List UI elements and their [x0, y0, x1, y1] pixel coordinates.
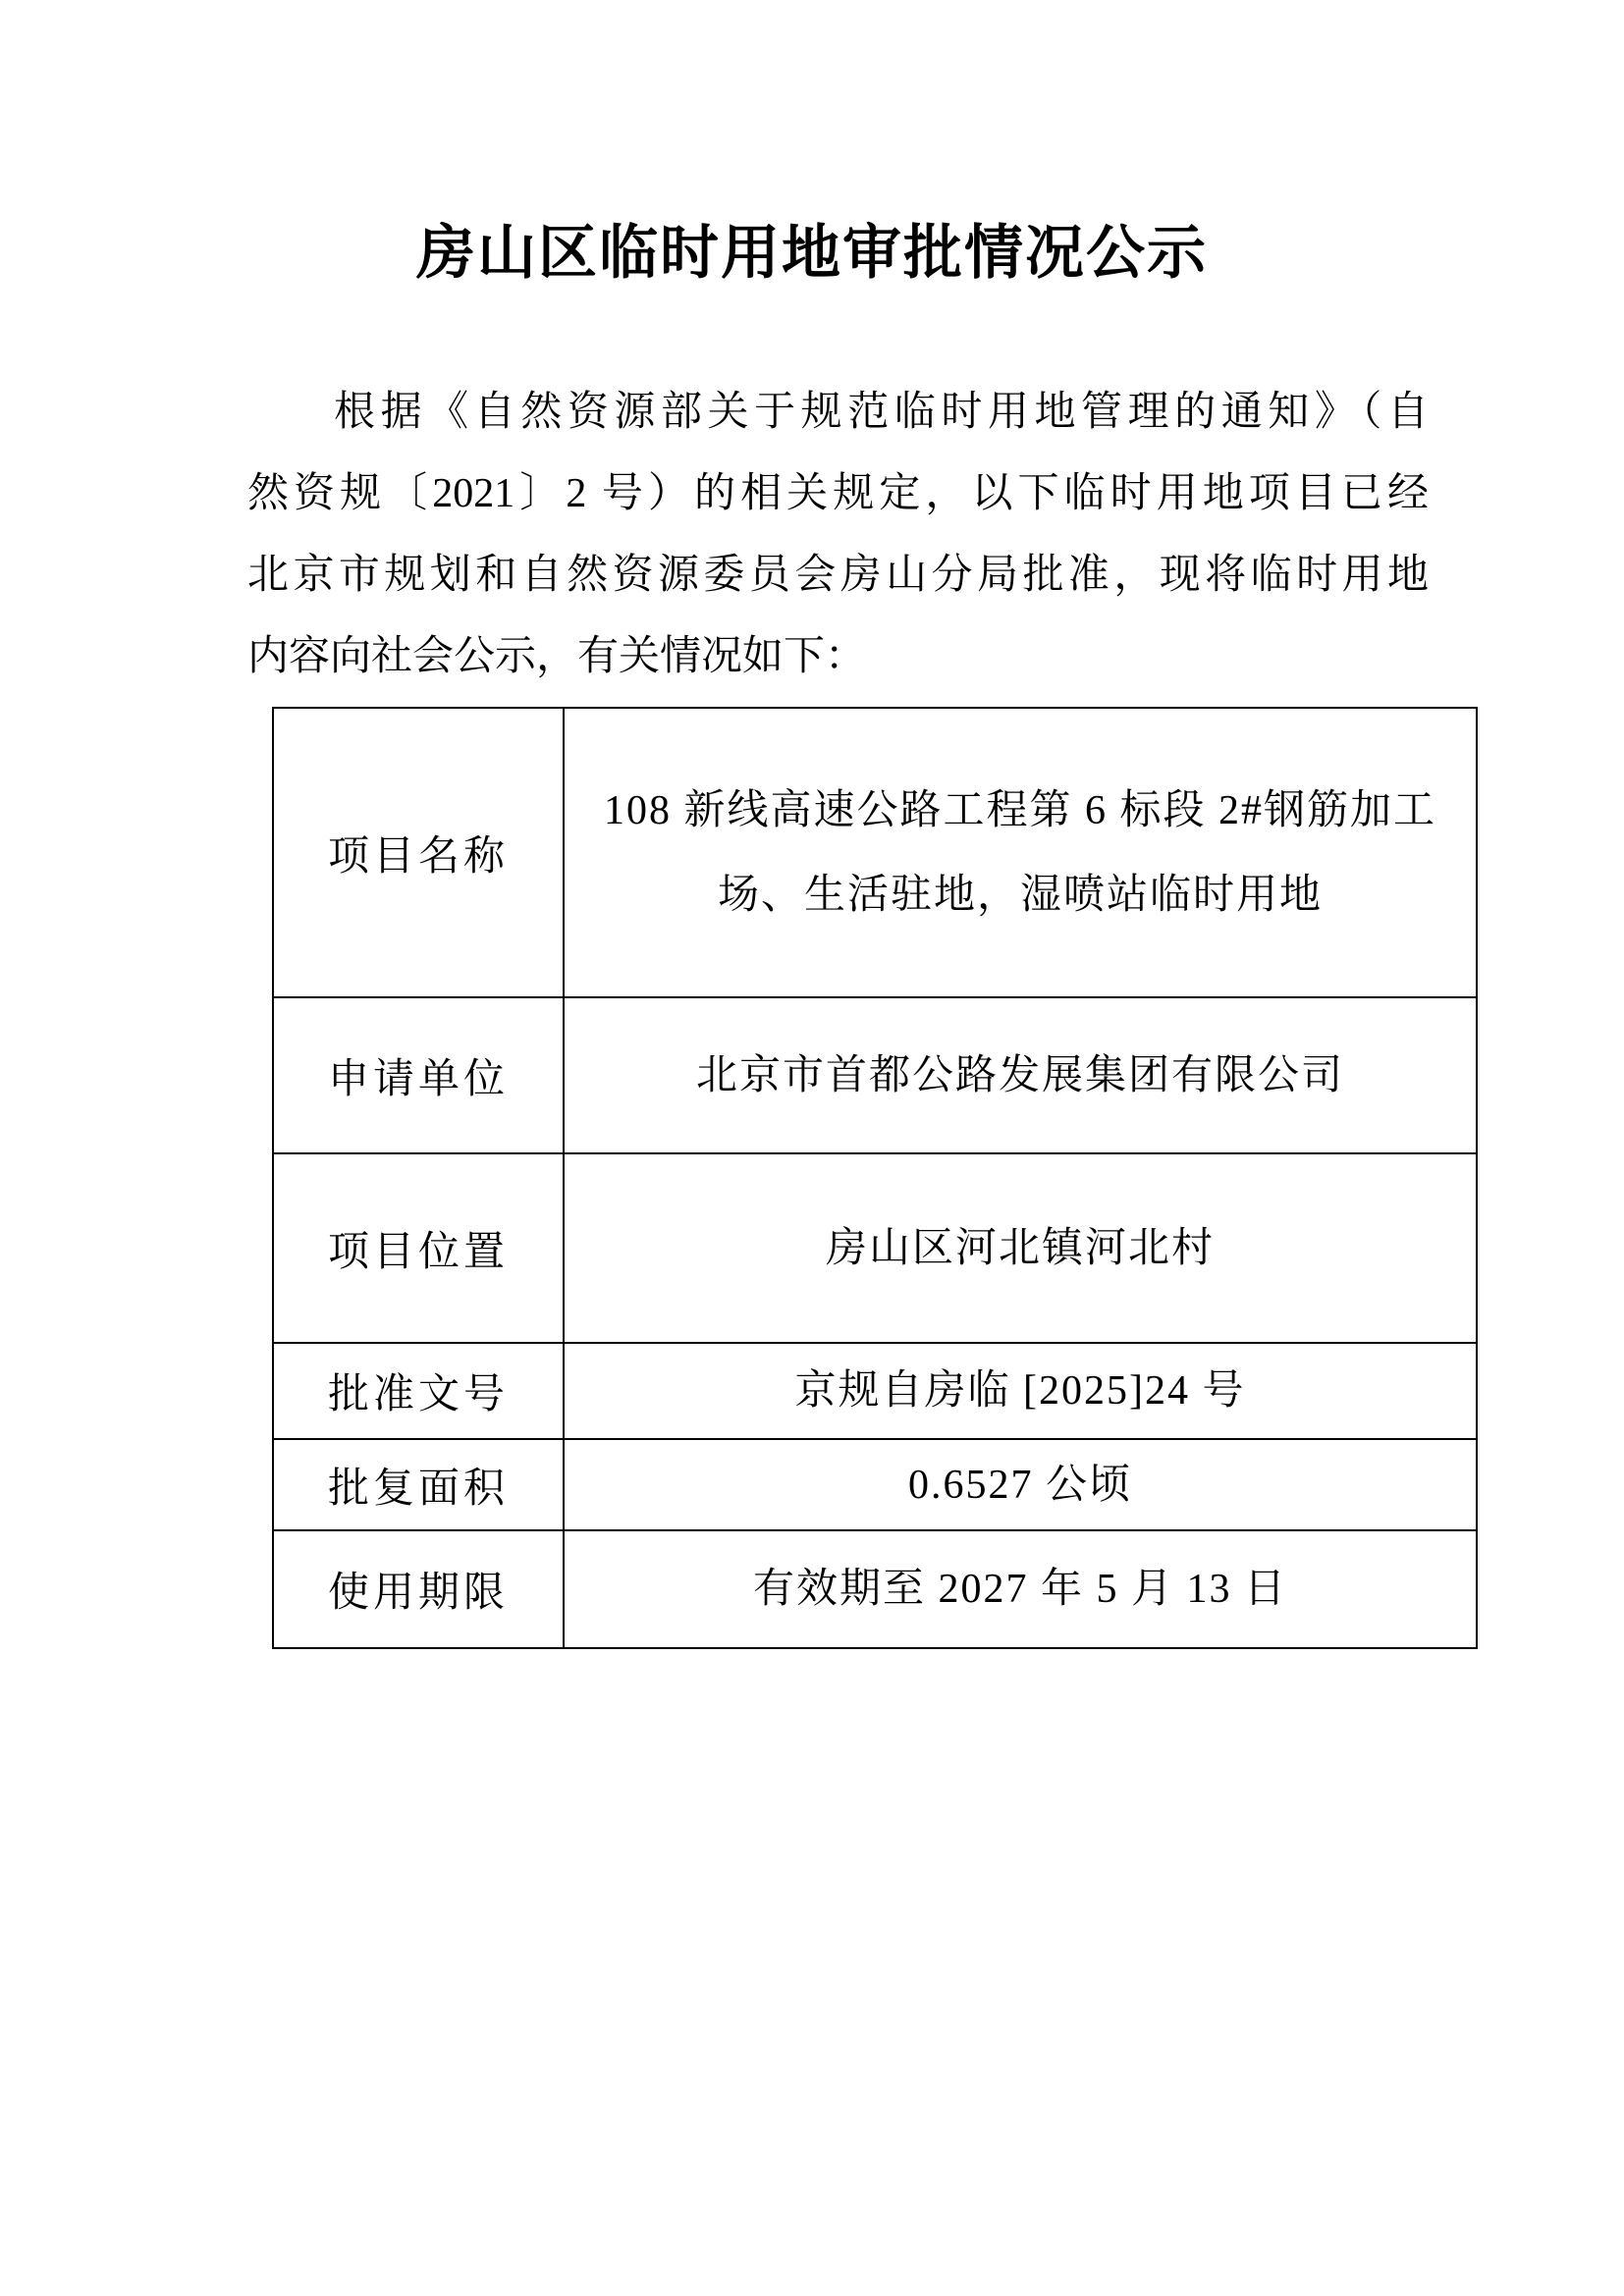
row-label-project-name: 项目名称	[273, 708, 564, 997]
table-row-applicant: 申请单位 北京市首都公路发展集团有限公司	[273, 997, 1477, 1153]
table-row-approval-number: 批准文号 京规自房临 [2025]24 号	[273, 1343, 1477, 1439]
row-value-approval-number: 京规自房临 [2025]24 号	[564, 1343, 1477, 1439]
row-label-applicant: 申请单位	[273, 997, 564, 1153]
row-value-project-location: 房山区河北镇河北村	[564, 1153, 1477, 1343]
table-row-project-location: 项目位置 房山区河北镇河北村	[273, 1153, 1477, 1343]
row-label-approval-number: 批准文号	[273, 1343, 564, 1439]
intro-paragraph: 根据《自然资源部关于规范临时用地管理的通知》（自 然资规〔2021〕2 号）的相…	[247, 372, 1429, 698]
row-label-use-period: 使用期限	[273, 1530, 564, 1648]
intro-line-4: 内容向社会公示，有关情况如下：	[247, 616, 1429, 698]
row-label-approved-area: 批复面积	[273, 1439, 564, 1530]
land-use-approval-table: 项目名称 108 新线高速公路工程第 6 标段 2#钢筋加工场、生活驻地，湿喷站…	[272, 707, 1478, 1649]
table-row-use-period: 使用期限 有效期至 2027 年 5 月 13 日	[273, 1530, 1477, 1648]
intro-line-1: 根据《自然资源部关于规范临时用地管理的通知》（自	[247, 372, 1429, 454]
row-value-use-period: 有效期至 2027 年 5 月 13 日	[564, 1530, 1477, 1648]
table-row-project-name: 项目名称 108 新线高速公路工程第 6 标段 2#钢筋加工场、生活驻地，湿喷站…	[273, 708, 1477, 997]
intro-line-2: 然资规〔2021〕2 号）的相关规定，以下临时用地项目已经	[247, 454, 1429, 535]
table-row-approved-area: 批复面积 0.6527 公顷	[273, 1439, 1477, 1530]
row-value-project-name: 108 新线高速公路工程第 6 标段 2#钢筋加工场、生活驻地，湿喷站临时用地	[564, 708, 1477, 997]
row-value-approved-area: 0.6527 公顷	[564, 1439, 1477, 1530]
intro-line-3: 北京市规划和自然资源委员会房山分局批准，现将临时用地	[247, 535, 1429, 616]
row-label-project-location: 项目位置	[273, 1153, 564, 1343]
page-title: 房山区临时用地审批情况公示	[0, 218, 1624, 289]
row-value-applicant: 北京市首都公路发展集团有限公司	[564, 997, 1477, 1153]
document-page: 房山区临时用地审批情况公示 根据《自然资源部关于规范临时用地管理的通知》（自 然…	[0, 0, 1624, 2296]
